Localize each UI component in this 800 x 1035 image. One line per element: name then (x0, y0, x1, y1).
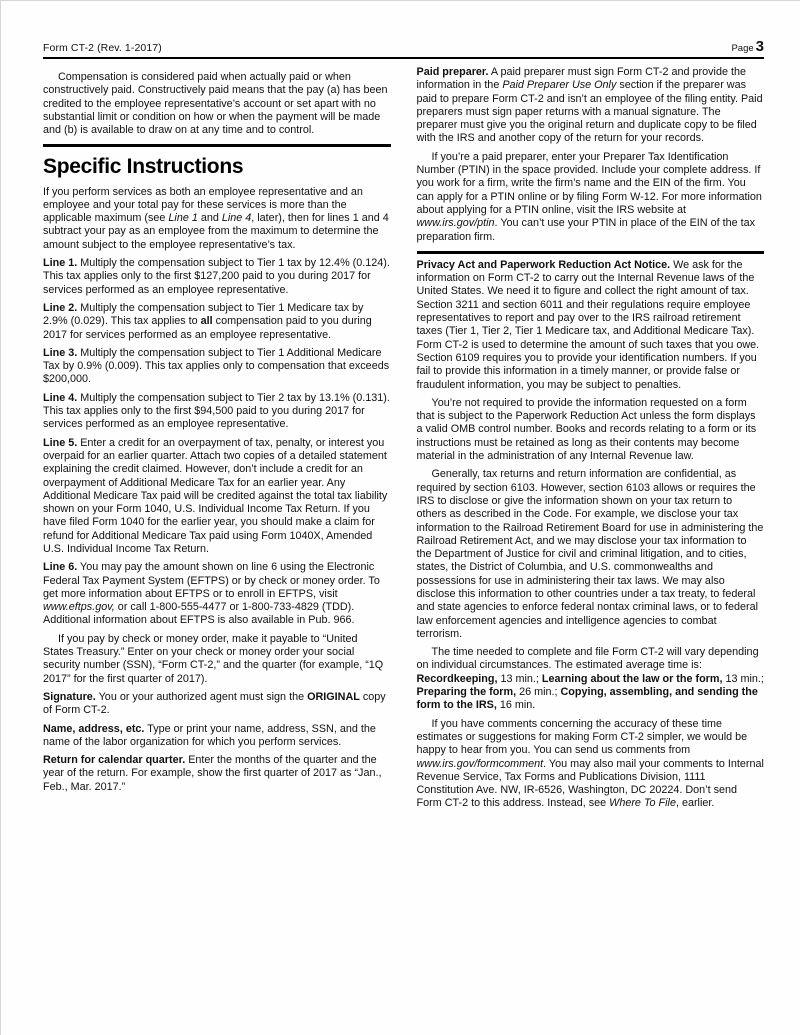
paragraph: Paid preparer. A paid preparer must sign… (417, 66, 765, 146)
paragraph: Signature. You or your authorized agent … (43, 691, 391, 718)
paragraph: If you have comments concerning the accu… (417, 718, 765, 811)
paragraph: Compensation is considered paid when act… (43, 71, 391, 137)
paragraph: Line 6. You may pay the amount shown on … (43, 561, 391, 627)
section-divider (43, 144, 391, 147)
paragraph: Line 4. Multiply the compensation subjec… (43, 392, 391, 432)
two-column-body: Compensation is considered paid when act… (43, 66, 764, 811)
paragraph: Name, address, etc. Type or print your n… (43, 723, 391, 750)
paragraph: If you’re a paid preparer, enter your Pr… (417, 151, 765, 244)
section-divider (417, 251, 765, 254)
paragraph: The time needed to complete and file For… (417, 646, 765, 712)
page-number: 3 (756, 39, 764, 54)
paragraph: Return for calendar quarter. Enter the m… (43, 754, 391, 794)
left-column: Compensation is considered paid when act… (43, 66, 391, 811)
page-number-block: Page 3 (731, 39, 764, 54)
section-heading: Specific Instructions (43, 155, 391, 178)
paragraph: If you pay by check or money order, make… (43, 633, 391, 686)
paragraph: Privacy Act and Paperwork Reduction Act … (417, 259, 765, 392)
paragraph: If you perform services as both an emplo… (43, 186, 391, 252)
paragraph: Line 5. Enter a credit for an overpaymen… (43, 437, 391, 557)
paragraph: Line 3. Multiply the compensation subjec… (43, 347, 391, 387)
page-content: Form CT-2 (Rev. 1-2017) Page 3 Compensat… (1, 1, 800, 811)
page-label: Page (731, 43, 753, 54)
form-revision-label: Form CT-2 (Rev. 1-2017) (43, 42, 162, 54)
paragraph: Generally, tax returns and return inform… (417, 468, 765, 641)
page-header: Form CT-2 (Rev. 1-2017) Page 3 (43, 39, 764, 59)
paragraph: Line 2. Multiply the compensation subjec… (43, 302, 391, 342)
paragraph: Line 1. Multiply the compensation subjec… (43, 257, 391, 297)
paragraph: You’re not required to provide the infor… (417, 397, 765, 463)
right-column: Paid preparer. A paid preparer must sign… (417, 66, 765, 811)
document-page: Form CT-2 (Rev. 1-2017) Page 3 Compensat… (0, 0, 800, 1035)
